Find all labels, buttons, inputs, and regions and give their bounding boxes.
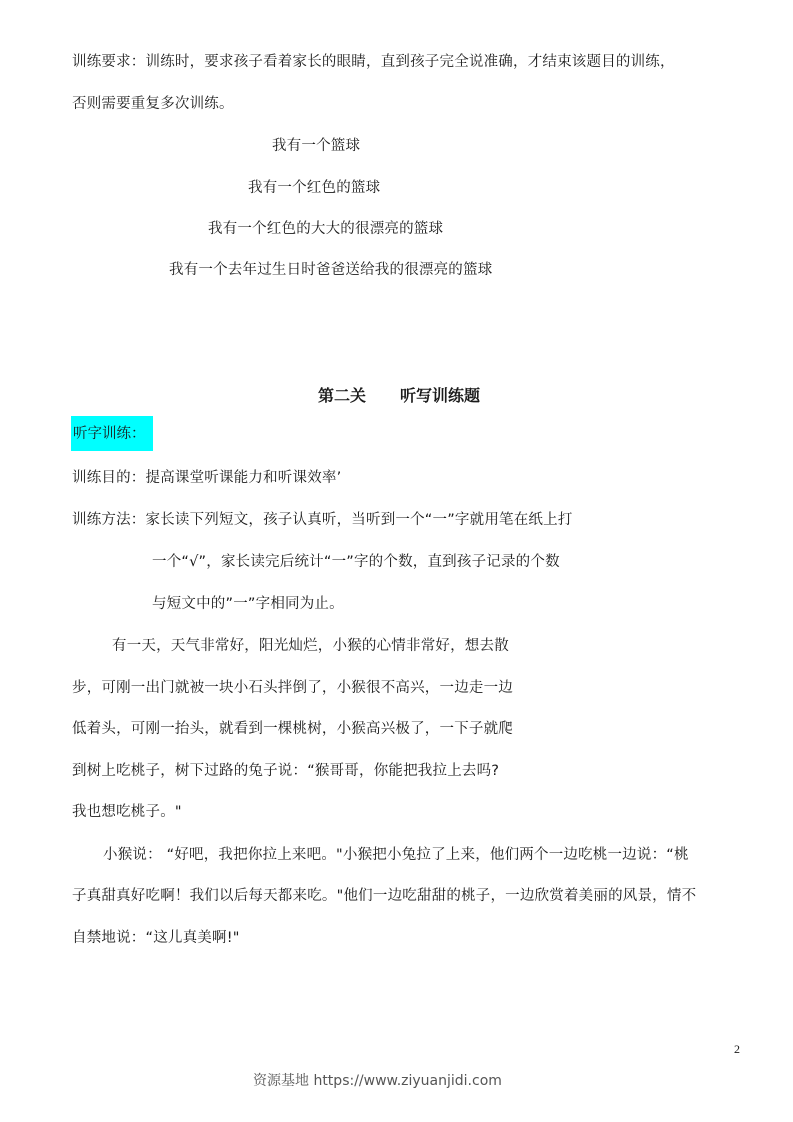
training-method-line-1: 训练方法：家长读下列短文，孩子认真听，当听到一个“一”字就用笔在纸上打 (72, 510, 573, 530)
section-title: 第二关听写训练题 (318, 385, 480, 407)
training-method-line-3: 与短文中的”一”字相同为止。 (152, 594, 344, 614)
practice-sentence-3: 我有一个红色的大大的很漂亮的篮球 (208, 219, 443, 239)
practice-sentence-2: 我有一个红色的篮球 (248, 178, 380, 198)
training-requirement-line-1: 训练要求：训练时，要求孩子看着家长的眼睛，直到孩子完全说准确，才结束该题目的训练… (72, 52, 675, 72)
footer-watermark: 资源基地 https://www.ziyuanjidi.com (253, 1070, 502, 1090)
practice-sentence-4: 我有一个去年过生日时爸爸送给我的很漂亮的篮球 (169, 260, 492, 280)
highlighted-label: 听字训练： (71, 416, 153, 451)
story-paragraph-1-line-2: 步，可刚一出门就被一块小石头拌倒了，小猴很不高兴，一边走一边 (72, 678, 513, 698)
section-title-name: 听写训练题 (400, 386, 480, 405)
training-requirement-line-2: 否则需要重复多次训练。 (72, 94, 234, 114)
practice-sentence-1: 我有一个篮球 (272, 136, 360, 156)
story-paragraph-1-line-4: 到树上吃桃子，树下过路的兔子说：“猴哥哥，你能把我拉上去吗? (72, 761, 499, 781)
story-paragraph-2-line-2: 子真甜真好吃啊！我们以后每天都来吃。"他们一边吃甜甜的桃子，一边欣赏着美丽的风景… (72, 886, 696, 906)
story-paragraph-2-line-3: 自禁地说：“这儿真美啊!" (72, 928, 240, 948)
training-method-line-2: 一个“√”，家长读完后统计“一”字的个数，直到孩子记录的个数 (152, 552, 560, 572)
listening-training-label: 听字训练： (73, 424, 146, 444)
story-paragraph-1-line-3: 低着头，可刚一抬头，就看到一棵桃树，小猴高兴极了，一下子就爬 (72, 719, 513, 739)
page-number: 2 (734, 1042, 740, 1057)
story-paragraph-1-line-1: 有一天，天气非常好，阳光灿烂，小猴的心情非常好，想去散 (112, 636, 509, 656)
story-paragraph-1-line-5: 我也想吃桃子。" (72, 802, 182, 822)
story-paragraph-2-line-1: 小猴说： “好吧，我把你拉上来吧。"小猴把小兔拉了上来，他们两个一边吃桃一边说：… (103, 845, 689, 865)
section-title-number: 第二关 (318, 386, 366, 405)
training-goal: 训练目的：提高课堂听课能力和听课效率’ (72, 468, 341, 488)
